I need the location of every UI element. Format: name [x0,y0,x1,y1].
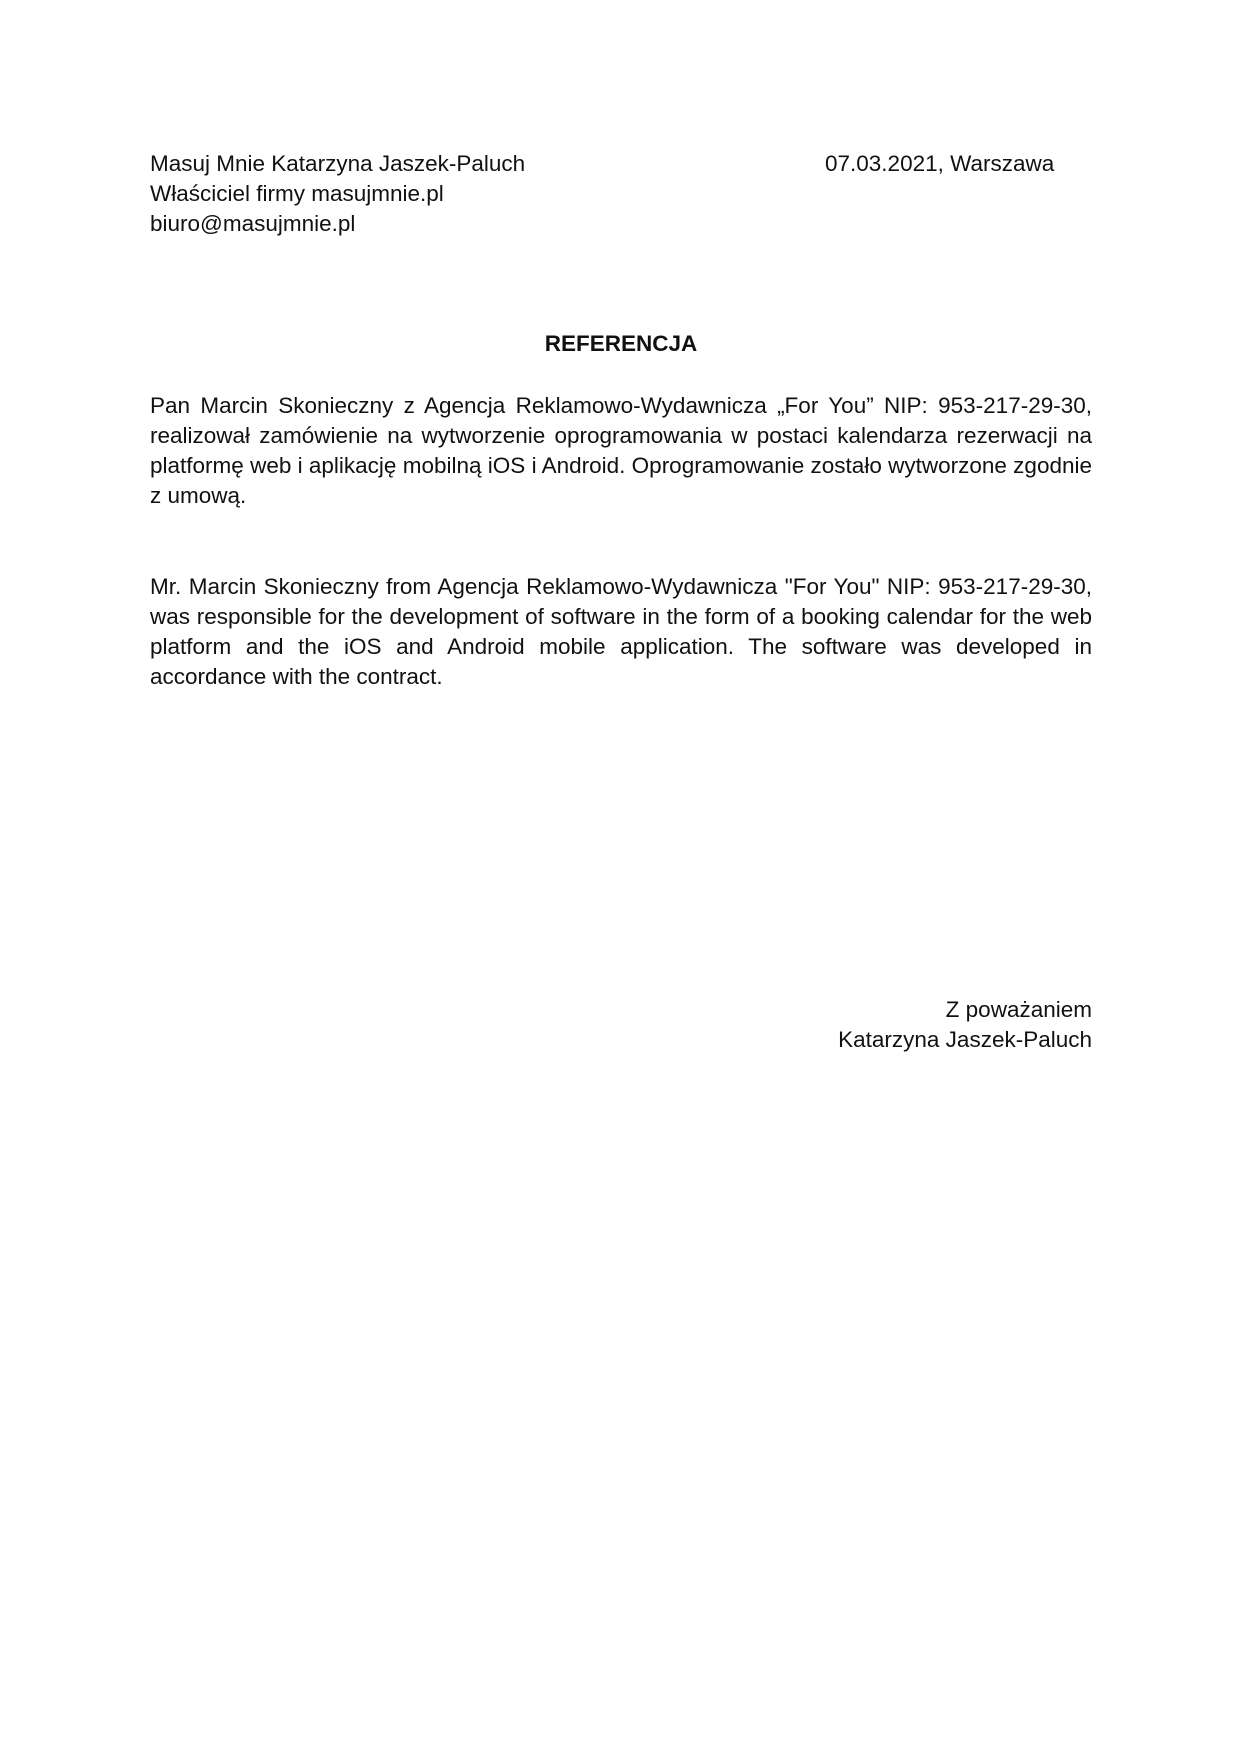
sender-block: Masuj Mnie Katarzyna Jaszek-Paluch Właśc… [150,149,750,239]
sender-email: biuro@masujmnie.pl [150,209,750,239]
paragraph-english: Mr. Marcin Skonieczny from Agencja Rekla… [150,572,1092,692]
closing-block: Z poważaniem Katarzyna Jaszek-Paluch [838,995,1092,1055]
letter-page: Masuj Mnie Katarzyna Jaszek-Paluch Właśc… [0,0,1241,1749]
signatory-name: Katarzyna Jaszek-Paluch [838,1025,1092,1055]
sender-role: Właściciel firmy masujmnie.pl [150,179,750,209]
paragraph-polish: Pan Marcin Skonieczny z Agencja Reklamow… [150,391,1092,511]
date-and-place: 07.03.2021, Warszawa [825,149,1054,179]
closing-salutation: Z poważaniem [838,995,1092,1025]
document-title: REFERENCJA [150,329,1092,359]
sender-name: Masuj Mnie Katarzyna Jaszek-Paluch [150,149,750,179]
